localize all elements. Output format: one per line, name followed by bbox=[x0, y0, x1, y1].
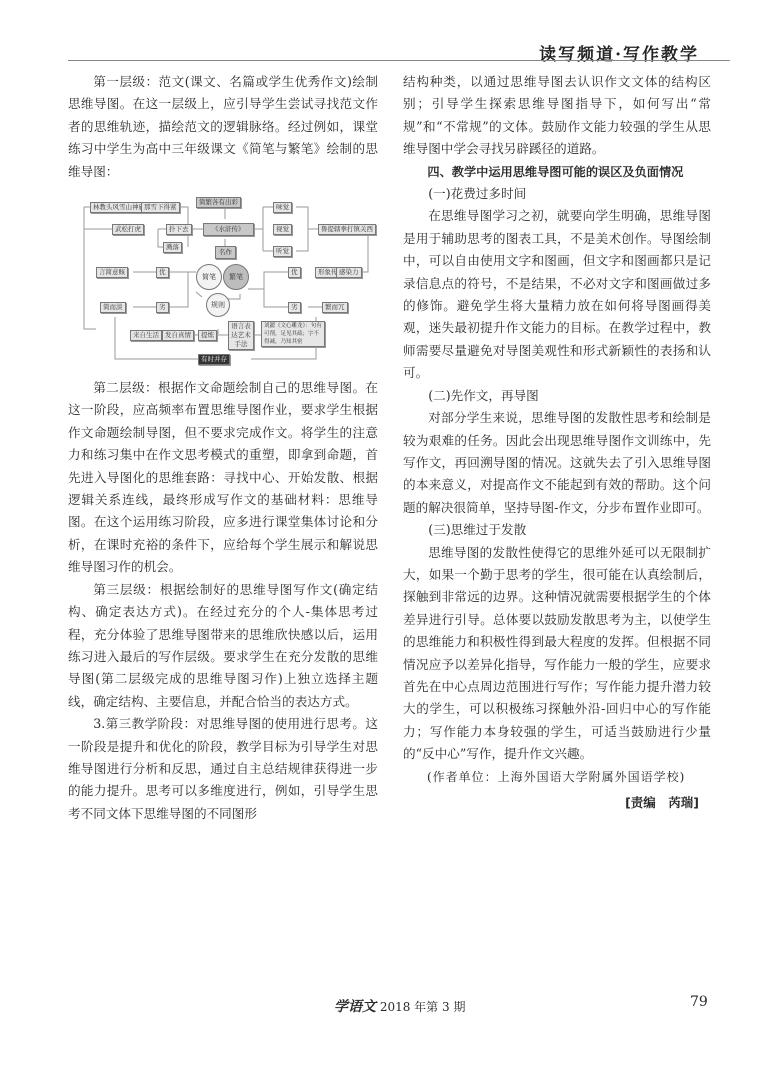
node-fazi-zhenqing: 发自真情 bbox=[162, 330, 194, 341]
node-jianfan-chucai: 简繁各有出彩 bbox=[196, 197, 241, 208]
node-tingjue: 听觉 bbox=[273, 246, 292, 257]
node-mingzuo: 名作 bbox=[215, 246, 236, 259]
paragraph-stage-three: 3.第三教学阶段：对思维导图的使用进行思考。这一阶段是提升和优化的阶段，教学目标… bbox=[68, 713, 378, 825]
node-lu-tixia: 鲁提辖拳打镇关西 bbox=[318, 224, 376, 235]
node-shuihu: 《水浒传》 bbox=[203, 223, 254, 236]
node-jianbi: 简笔 bbox=[196, 264, 222, 290]
page-number: 79 bbox=[690, 994, 708, 1010]
node-jianluo: 溅落 bbox=[163, 242, 182, 253]
node-fanbi: 繁笔 bbox=[223, 264, 249, 290]
node-tilian: 提炼 bbox=[198, 330, 217, 341]
section-title: 读写频道·写作教学 bbox=[539, 40, 699, 65]
node-na-xue: 那雪下得紧 bbox=[141, 202, 180, 213]
node-youshi-bingcun: 有时并存 bbox=[198, 354, 230, 365]
node-jian-er-dan: 简而淡 bbox=[100, 302, 126, 313]
paragraph-level-two: 第二层级：根据作文命题绘制自己的思维导图。在这一阶段，应高频率布置思维导图作业，… bbox=[68, 377, 378, 579]
left-column: 第一层级：范文(课文、名篇或学生优秀作文)绘制思维导图。在这一层级上，应引导学生… bbox=[68, 71, 378, 825]
header-divider bbox=[68, 60, 730, 61]
node-weijue: 味觉 bbox=[273, 202, 292, 213]
node-wusong: 武松打虎 bbox=[112, 224, 144, 235]
node-yuyan-biaoda: 语言表达艺术手法 bbox=[228, 321, 254, 350]
page-footer: 学语文 2018 年第 3 期 79 bbox=[0, 992, 774, 1022]
node-guize: 规则 bbox=[206, 293, 230, 317]
node-wenxin-diaolong: 刘勰《文心雕龙》：句有可削，足见其疏；字不得减，乃知其密 bbox=[261, 321, 325, 347]
node-lie-left: 劣 bbox=[156, 302, 169, 313]
paragraph-level-one: 第一层级：范文(课文、名篇或学生优秀作文)绘制思维导图。在这一层级上，应引导学生… bbox=[68, 71, 378, 183]
node-fan-er-rong: 繁而冗 bbox=[322, 302, 348, 313]
paragraph-over-divergent: 思维导图的发散性使得它的思维外延可以无限制扩大，如果一个勤于思考的学生，很可能在… bbox=[403, 542, 711, 766]
author-affiliation: (作者单位：上海外国语大学附属外国语学校) bbox=[403, 766, 711, 788]
right-column: 结构种类，以通过思维导图去认识作文文体的结构区别；引导学生探索思维导图指导下，如… bbox=[403, 71, 711, 814]
subheading-time-cost: (一)花费过多时间 bbox=[403, 183, 711, 205]
mind-map-figure: 林教头风雪山神庙 那雪下得紧 简繁各有出彩 武松打虎 扑下去 《水浒传》 溅落 … bbox=[78, 189, 378, 367]
paragraph-continued: 结构种类，以通过思维导图去认识作文文体的结构区别；引导学生探索思维导图指导下，如… bbox=[403, 71, 711, 161]
node-pu-xiaqu: 扑下去 bbox=[166, 224, 192, 235]
node-you-right: 优 bbox=[288, 267, 301, 278]
node-shijue: 视觉 bbox=[273, 224, 292, 235]
journal-name: 学语文 bbox=[334, 999, 376, 1015]
node-you-left: 优 bbox=[156, 267, 169, 278]
node-lin-jiaotou: 林教头风雪山神庙 bbox=[90, 202, 148, 213]
node-ganranli: 感染力 bbox=[336, 267, 362, 278]
journal-issue: 2018 年第 3 期 bbox=[380, 1000, 466, 1014]
section-heading-four: 四、教学中运用思维导图可能的误区及负面情况 bbox=[403, 161, 711, 183]
editor-credit: [责编 芮瑞] bbox=[403, 792, 699, 814]
paragraph-level-three: 第三层级：根据绘制好的思维导图写作文(确定结构、确定表达方式)。在经过充分的个人… bbox=[68, 579, 378, 713]
node-lie-right: 劣 bbox=[288, 302, 301, 313]
node-laizi-shenghuo: 来自生活 bbox=[130, 330, 162, 341]
subheading-over-divergent: (三)思维过于发散 bbox=[403, 519, 711, 541]
paragraph-time-cost: 在思维导图学习之初，就要向学生明确，思维导图是用于辅助思考的图表工具，不是美术创… bbox=[403, 205, 711, 384]
node-yanjian-yigai: 言简意赅 bbox=[96, 267, 128, 278]
paragraph-essay-first: 对部分学生来说，思维导图的发散性思考和绘制是较为艰难的任务。因此会出现思维导图作… bbox=[403, 407, 711, 519]
subheading-essay-first: (二)先作文，再导图 bbox=[403, 385, 711, 407]
journal-info: 学语文 2018 年第 3 期 bbox=[334, 996, 465, 1016]
